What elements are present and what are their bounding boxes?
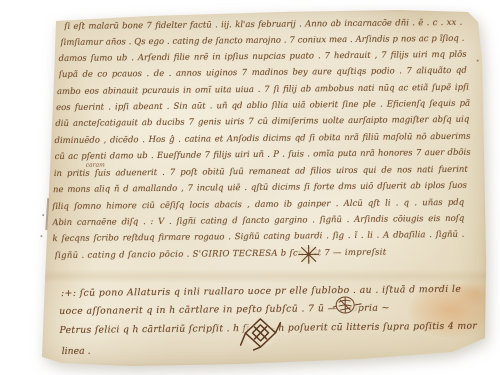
- manuscript-line-7: diū ancteſcatigauit ab ducibs 7 genis ui…: [55, 115, 469, 133]
- manuscript-line-2: ſimſiamur años . Qs ego . cating de ſanc…: [60, 34, 464, 52]
- manuscript-line-9: cū ac pſenti damo ub . Eueſfunde 7 filij…: [55, 148, 471, 166]
- manuscript-line-14: k ſecqns ſcribo reſtduq firmare rogauo .…: [52, 230, 464, 248]
- manuscript-line-12: ſiliq ſomno himore ciū cēſiſq locis abac…: [52, 198, 464, 216]
- photo-background: ſi eſt malarū bone 7 fidelter factū . ii…: [0, 0, 500, 375]
- rota-signum-icon: [331, 293, 363, 317]
- manuscript-line-19: linea .: [62, 346, 91, 360]
- manuscript-line-3: damos ſumo ub . Arſendi filie nrẽ in ipſ…: [59, 50, 467, 68]
- interlinear-note: caram: [86, 162, 105, 169]
- manuscript-line-16: :+: ſcū pono Allaturis q inli ruallaro u…: [61, 284, 461, 302]
- manuscript-line-6: eos fuerint . ipſi abeant . Sin aūt . uñ…: [56, 99, 470, 117]
- parchment-speck: [477, 60, 479, 62]
- manuscript-line-10: in pritis ſuis aduenerit . 7 poſt obitū …: [54, 165, 468, 183]
- manuscript-line-13: Abin carnaēne diſq . : V . ſigñi cating …: [52, 214, 464, 232]
- manuscript-line-5: ambo eos abinauit pcurauis in omĩ uita u…: [57, 83, 469, 101]
- manuscript-line-8: diminuēdo , dicēdo . Hos ĝ . catina et A…: [54, 132, 470, 150]
- manuscript-text-layer: ſi eſt malarū bone 7 fidelter factū . ii…: [0, 0, 500, 375]
- star-signum-icon: [295, 243, 323, 265]
- parchment-speck: [40, 235, 42, 237]
- manuscript-line-11: ne mons aliq ñ d amallando , 7 inculq ui…: [53, 181, 467, 199]
- manuscript-line-1: ſi eſt malarū bone 7 fidelter factū . ii…: [64, 18, 462, 36]
- edge-crease-mark: [45, 198, 48, 230]
- manuscript-line-15: ſigñū . cating d ſancio pōcio . S'GIRIO …: [55, 247, 455, 265]
- knot-signum-icon: [239, 315, 281, 351]
- manuscript-line-4: ſupã de co pcauos . de . annos uiginos 7…: [59, 66, 467, 84]
- parchment-speck: [42, 214, 44, 216]
